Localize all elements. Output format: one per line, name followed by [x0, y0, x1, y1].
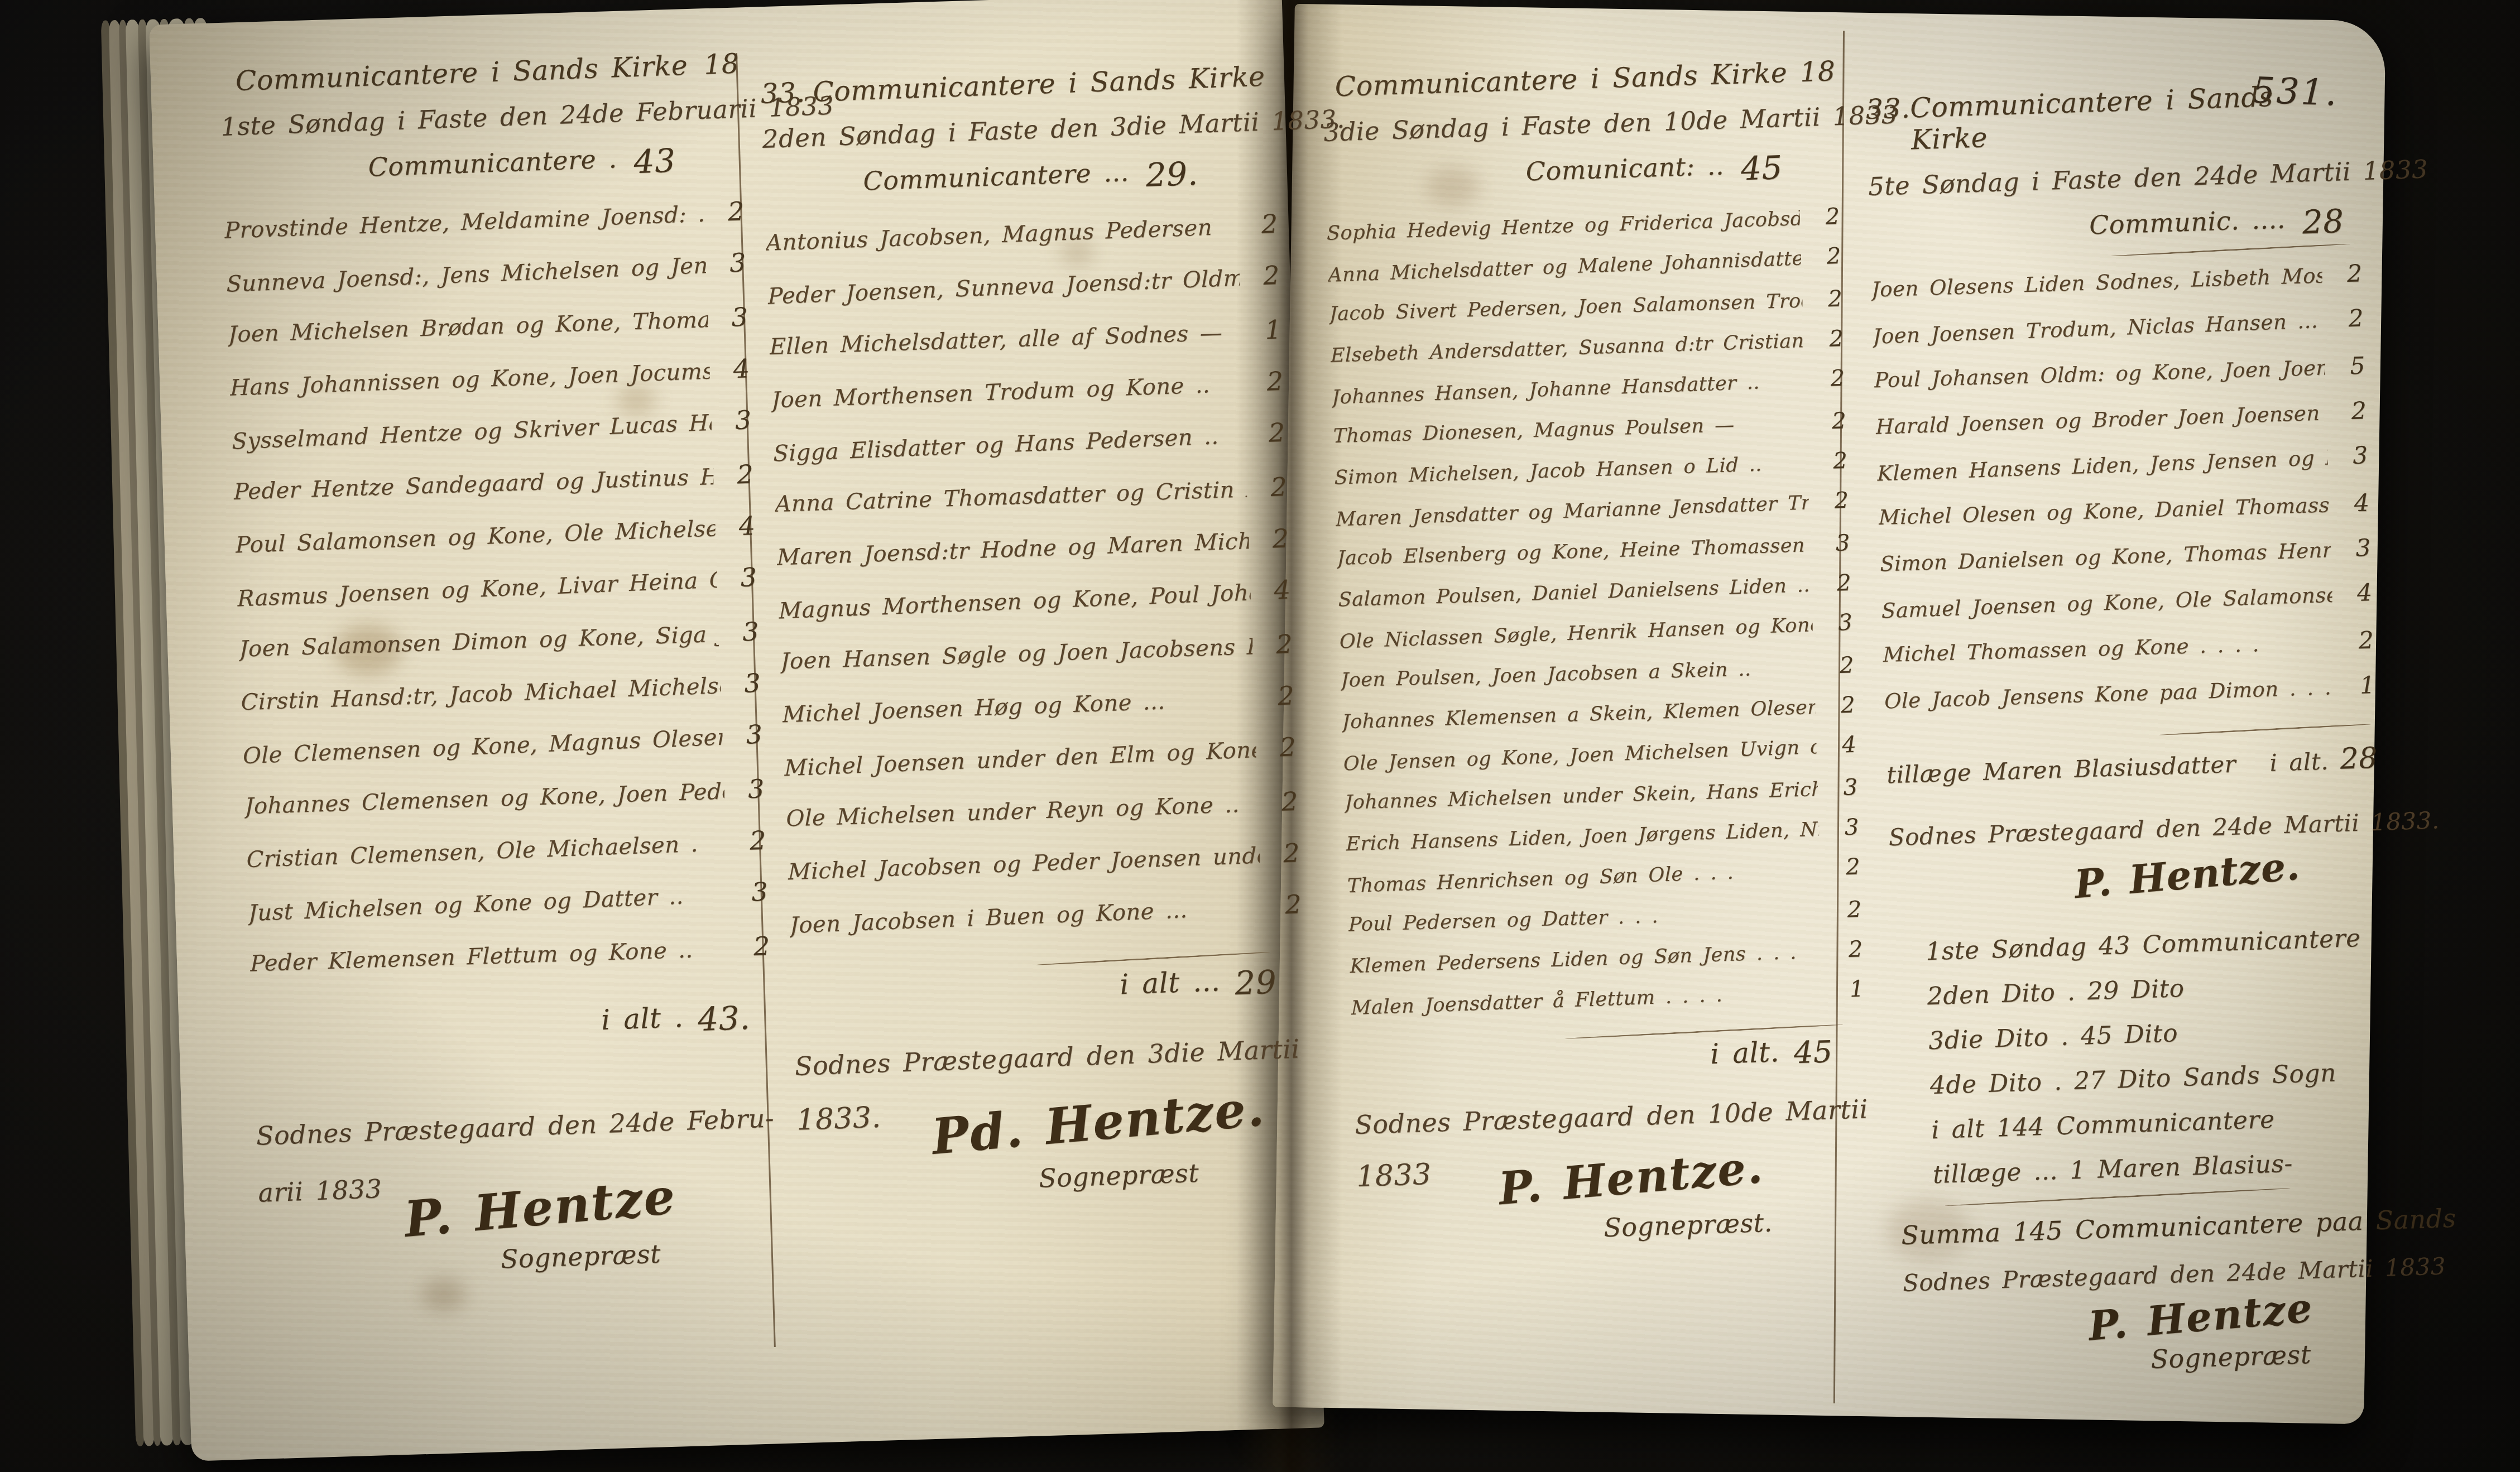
- entry-names: Sophia Hedevig Hentze og Friderica Jacob…: [1327, 208, 1800, 245]
- column-1: Communicantere i Sands Kirke 18 1ste Søn…: [219, 47, 781, 1282]
- column-4: 33. Communicantere i Sands Kirke 5te Søn…: [1865, 78, 2397, 1382]
- total-value: 29: [1234, 963, 1277, 1003]
- ink-rule: [1036, 951, 1270, 966]
- column-2: 33. Communicantere i Sands Kirke 2den Sø…: [760, 60, 1312, 1202]
- entry-count: 3: [720, 668, 761, 699]
- total-value: 28: [2340, 742, 2378, 776]
- count-value: 29.: [1145, 155, 1199, 194]
- entry-count: 2: [1259, 838, 1300, 869]
- total-label: i alt.: [1710, 1036, 1780, 1073]
- entry-count: 4: [714, 511, 756, 542]
- entry-count: 2: [2334, 627, 2374, 655]
- entries-list: Joen Olesens Liden Sodnes, Lisbeth Mostr…: [1871, 260, 2376, 733]
- count-label: Comunicant: ..: [1525, 150, 1725, 194]
- count-label: Communicantere ...: [863, 157, 1130, 204]
- entry-count: 2: [1261, 889, 1302, 921]
- priest-signature: P. Hentze.: [1497, 1141, 1766, 1215]
- count-label: Communicantere .: [368, 143, 618, 190]
- communion-summary: 1ste Søndag 43 Communicantere 2den Dito …: [1925, 916, 2391, 1198]
- addendum-line: tillæge Maren Blasiusdatter i alt. 28: [1886, 742, 2378, 791]
- entry-count: 3: [2330, 535, 2372, 563]
- entry-count: 1: [1823, 976, 1865, 1003]
- entry-count: 3: [1812, 610, 1854, 637]
- total-line: i alt. 45: [1352, 1034, 1833, 1084]
- column-date: 5te Søndag i Faste den 24de Martii 1833: [1868, 156, 2359, 201]
- entry-count: 2: [1803, 326, 1844, 353]
- entry-count: 2: [1821, 897, 1862, 923]
- entry-count: 3: [1818, 814, 1859, 841]
- entry-count: 3: [711, 405, 752, 436]
- dateline: Sodnes Præstegaard den 3die Martii: [794, 1033, 1307, 1081]
- column-date: 2den Søndag i Faste den 3die Martii 1833…: [762, 107, 1275, 154]
- entry-count: 2: [1804, 365, 1846, 393]
- entry-count: 2: [704, 196, 745, 227]
- column-date: 3die Søndag i Faste den 10de Martii 1833: [1323, 102, 1837, 147]
- entry-count: 2: [1807, 448, 1848, 475]
- priest-signature: Pd. Hentze.: [930, 1079, 1268, 1166]
- entry-count: 3: [1809, 530, 1850, 557]
- entry-count: 2: [726, 825, 767, 857]
- entry-count: 2: [2322, 260, 2363, 288]
- entry-count: 1: [1241, 314, 1283, 345]
- addendum-label: tillæge Maren Blasiusdatter: [1887, 751, 2236, 789]
- dateline: Sodnes Præstegaard den 10de Martii: [1354, 1094, 1868, 1140]
- column-3: Communicantere i Sands Kirke 18 3die Søn…: [1322, 55, 1872, 1250]
- entry-count: 2: [1254, 680, 1295, 711]
- ink-rule: [2159, 723, 2371, 735]
- count-value: 45: [1740, 148, 1783, 187]
- entry-count: 4: [1816, 732, 1857, 759]
- title-prefix: 33.: [760, 76, 805, 110]
- dateline-2: 1833.: [796, 1101, 881, 1137]
- total-label: i alt ...: [1119, 965, 1221, 1006]
- manuscript-scan: 531. Communicantere i Sands Kirke 18 1st…: [0, 0, 2520, 1472]
- entry-count: 2: [1802, 286, 1843, 313]
- count-line: Comunicant: .. 45: [1324, 148, 1783, 201]
- entry-count: 3: [708, 302, 749, 333]
- entry-count: 2: [1801, 243, 1842, 271]
- entry-count: 2: [1252, 629, 1293, 660]
- entry-count: 2: [729, 931, 771, 962]
- count-value: 28: [2302, 202, 2345, 241]
- entries-list: Sophia Hedevig Hentze og Friderica Jacob…: [1326, 204, 1865, 1034]
- title-text: Communicantere i Sands Kirke: [1909, 78, 2358, 156]
- summa-line: Summa 145 Communicantere paa Sands: [1900, 1205, 2392, 1250]
- entry-count: 2: [1813, 652, 1854, 679]
- column-date: 1ste Søndag i Faste den 24de Februarii 1…: [220, 94, 741, 141]
- entry-count: 4: [2332, 579, 2373, 608]
- entry-count: 2: [1248, 523, 1289, 554]
- entry-count: 4: [1250, 574, 1291, 606]
- entry-count: 4: [709, 353, 751, 384]
- entry-count: 3: [722, 719, 763, 751]
- entries-list: Antonius Jacobsen, Magnus Pedersen 2 Ped…: [765, 209, 1303, 960]
- entry-count: 2: [1246, 472, 1288, 503]
- entries-list: Provstinde Hentze, Meldamine Joensd: .. …: [224, 196, 771, 1000]
- entry-count: 2: [1822, 936, 1863, 963]
- entry-count: 4: [2329, 490, 2370, 518]
- entry-count: 2: [1811, 570, 1852, 597]
- entry-count: 2: [1245, 417, 1286, 449]
- total-label: i alt.: [2269, 748, 2329, 777]
- entry-count: 2: [1257, 786, 1299, 817]
- count-line: Communicantere ... 29.: [764, 155, 1199, 208]
- count-value: 43: [633, 142, 676, 181]
- title-suffix: 18: [703, 47, 740, 80]
- total-line: i alt ... 29: [791, 963, 1277, 1018]
- entry-count: 2: [1808, 488, 1850, 515]
- entry-count: 2: [1243, 366, 1284, 397]
- entry-count: 3: [705, 247, 747, 279]
- entry-names: Joen Olesens Liden Sodnes, Lisbeth Mostr…: [1871, 263, 2322, 301]
- entry-count: 3: [1817, 775, 1858, 801]
- entry-count: 3: [724, 773, 765, 805]
- total-value: 43.: [697, 999, 751, 1038]
- count-line: Communicantere . 43: [222, 142, 676, 195]
- title-prefix: 33.: [1865, 93, 1911, 126]
- entry-count: 2: [1806, 408, 1847, 435]
- entry-count: 3: [718, 616, 760, 647]
- entry-count: 2: [1237, 209, 1279, 240]
- total-value: 45: [1793, 1034, 1833, 1070]
- entry-count: 2: [1799, 204, 1840, 230]
- entry-count: 2: [713, 459, 754, 490]
- entry-count: 5: [2325, 353, 2365, 381]
- priest-signature: P. Hentze.: [2073, 835, 2383, 907]
- count-label: Communic. ....: [2089, 204, 2286, 248]
- entry-count: 2: [1239, 260, 1280, 292]
- title-suffix: 18: [1799, 55, 1836, 88]
- entry-count: 3: [727, 877, 769, 908]
- total-line: i alt . 43.: [252, 999, 751, 1054]
- dateline: Sodnes Præstegaard den 24de Febru-: [256, 1103, 776, 1151]
- entry-count: 3: [716, 562, 757, 594]
- entry-count: 2: [2323, 305, 2364, 334]
- entry-count: 2: [1820, 854, 1861, 881]
- entry-count: 2: [1255, 732, 1297, 763]
- entry-count: 3: [2327, 442, 2369, 471]
- entry-count: 1: [2335, 672, 2376, 700]
- dateline-2: 1833: [1356, 1158, 1432, 1194]
- entry-names: Antonius Jacobsen, Magnus Pedersen: [766, 214, 1237, 256]
- entry-names: Provstinde Hentze, Meldamine Joensd: ..: [224, 201, 704, 244]
- total-label: i alt .: [601, 1001, 684, 1042]
- entry-count: 2: [1815, 692, 1855, 719]
- entry-count: 2: [2326, 397, 2368, 426]
